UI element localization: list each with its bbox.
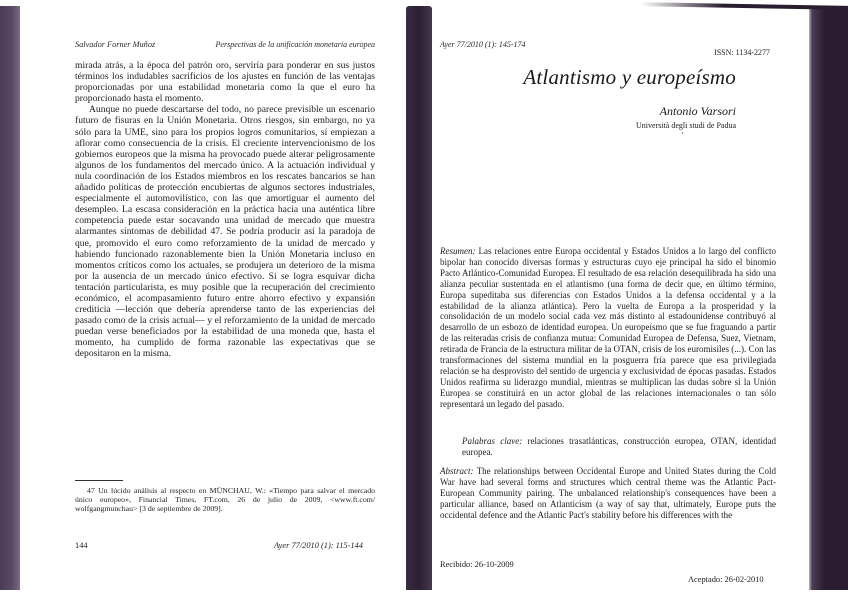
abstract-label: Abstract: — [440, 466, 474, 476]
keywords-label: Palabras clave: — [462, 436, 522, 446]
keywords: Palabras clave: relaciones trasatlántica… — [440, 436, 776, 458]
accepted-date: Aceptado: 26-02-2010 — [688, 575, 764, 584]
scan-edge-right — [809, 8, 848, 590]
right-page: Ayer 77/2010 (1): 145-174 ISSN: 1134-227… — [440, 40, 770, 136]
issn: ISSN: 1134-2277 — [440, 48, 770, 57]
received-date: Recibido: 26-10-2009 — [440, 560, 514, 569]
page-number: 144 — [75, 541, 88, 550]
article-title: Atlantismo y europeísmo — [440, 65, 736, 90]
left-page: Salvador Forner Muñoz Perspectivas de la… — [75, 40, 375, 514]
author-affiliation: Università degli studi de Padua — [440, 121, 736, 130]
resumen-text: Las relaciones entre Europa occidental y… — [440, 246, 776, 409]
footnote: 47 Un lúcido análisis al respecto en MÜN… — [75, 486, 375, 514]
separator-dot: · — [440, 130, 684, 136]
scan-edge-left — [0, 6, 20, 590]
running-head: Salvador Forner Muñoz Perspectivas de la… — [75, 40, 375, 49]
paragraph: Aunque no puede descartarse del todo, no… — [75, 104, 375, 359]
article-author: Antonio Varsori — [440, 104, 736, 119]
resumen-label: Resumen: — [440, 246, 476, 256]
running-head-title: Perspectivas de la unificación monetaria… — [216, 40, 375, 49]
scan-edge-top-shadow — [640, 2, 848, 10]
journal-citation-footer: Ayer 77/2010 (1): 115-144 — [274, 541, 363, 550]
body-text: mirada atrás, a la época del patrón oro,… — [75, 60, 375, 360]
paragraph: mirada atrás, a la época del patrón oro,… — [75, 60, 375, 104]
abstract-text: The relationships between Occidental Eur… — [440, 466, 776, 520]
footnote-rule — [75, 480, 123, 481]
book-spine-gutter — [406, 6, 432, 590]
resumen: Resumen: Las relaciones entre Europa occ… — [440, 246, 776, 410]
abstract: Abstract: The relationships between Occi… — [440, 466, 776, 521]
running-head-author: Salvador Forner Muñoz — [75, 40, 155, 49]
journal-citation: Ayer 77/2010 (1): 145-174 — [440, 40, 526, 49]
